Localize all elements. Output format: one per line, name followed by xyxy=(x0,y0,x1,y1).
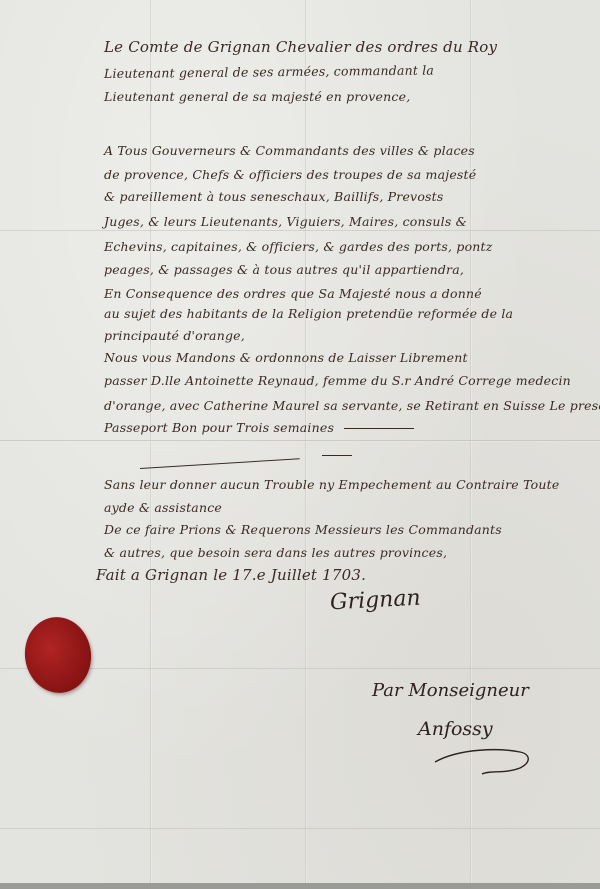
body-line-7: Passeport Bon pour Trois semaines xyxy=(104,420,586,435)
address-line-3: & pareillement à tous seneschaux, Bailli… xyxy=(104,189,586,204)
fold-line-vertical xyxy=(305,0,307,889)
heading-line-1: Le Comte de Grignan Chevalier des ordres… xyxy=(104,38,586,56)
paper-bottom-edge xyxy=(0,883,600,889)
continuation-line-1: Sans leur donner aucun Trouble ny Empech… xyxy=(104,477,586,492)
signature-secretary: Anfossy xyxy=(418,718,493,740)
fold-line-vertical xyxy=(150,0,152,889)
signature-flourish-icon xyxy=(430,740,540,780)
paper-crease xyxy=(0,668,600,669)
closing-rule xyxy=(344,428,414,429)
pen-stroke xyxy=(322,455,352,456)
heading-line-3: Lieutenant general de sa majesté en prov… xyxy=(104,89,586,104)
paper-crease xyxy=(0,230,600,231)
document-page: Le Comte de Grignan Chevalier des ordres… xyxy=(0,0,600,889)
continuation-line-4: & autres, que besoin sera dans les autre… xyxy=(104,545,586,560)
wax-seal-icon xyxy=(20,613,96,697)
address-line-5: Echevins, capitaines, & officiers, & gar… xyxy=(104,239,586,254)
signature-grignan: Grignan xyxy=(329,586,421,616)
body-line-2: au sujet des habitants de la Religion pr… xyxy=(104,306,586,321)
address-line-4: Juges, & leurs Lieutenants, Viguiers, Ma… xyxy=(104,214,586,229)
heading-line-2: Lieutenant general de ses armées, comman… xyxy=(104,61,586,81)
continuation-line-3: De ce faire Prions & Requerons Messieurs… xyxy=(104,522,586,537)
address-line-6: peages, & passages & à tous autres qu'il… xyxy=(104,262,586,277)
body-line-3: principauté d'orange, xyxy=(104,328,586,343)
validity-text: Passeport Bon pour Trois semaines xyxy=(104,420,334,435)
address-line-1: A Tous Gouverneurs & Commandants des vil… xyxy=(104,143,586,158)
body-line-1: En Consequence des ordres que Sa Majesté… xyxy=(104,286,586,301)
countersign-prefix: Par Monseigneur xyxy=(372,680,529,701)
body-line-6: d'orange, avec Catherine Maurel sa serva… xyxy=(104,398,586,413)
pen-stroke xyxy=(140,458,300,469)
paper-crease xyxy=(0,828,600,829)
continuation-line-2: ayde & assistance xyxy=(104,500,586,515)
fold-line-horizontal xyxy=(0,440,600,442)
body-line-5: passer D.lle Antoinette Reynaud, femme d… xyxy=(104,373,586,388)
address-line-2: de provence, Chefs & officiers des troup… xyxy=(104,167,586,182)
body-line-4: Nous vous Mandons & ordonnons de Laisser… xyxy=(104,350,586,365)
dateline: Fait a Grignan le 17.e Juillet 1703. xyxy=(96,566,586,584)
